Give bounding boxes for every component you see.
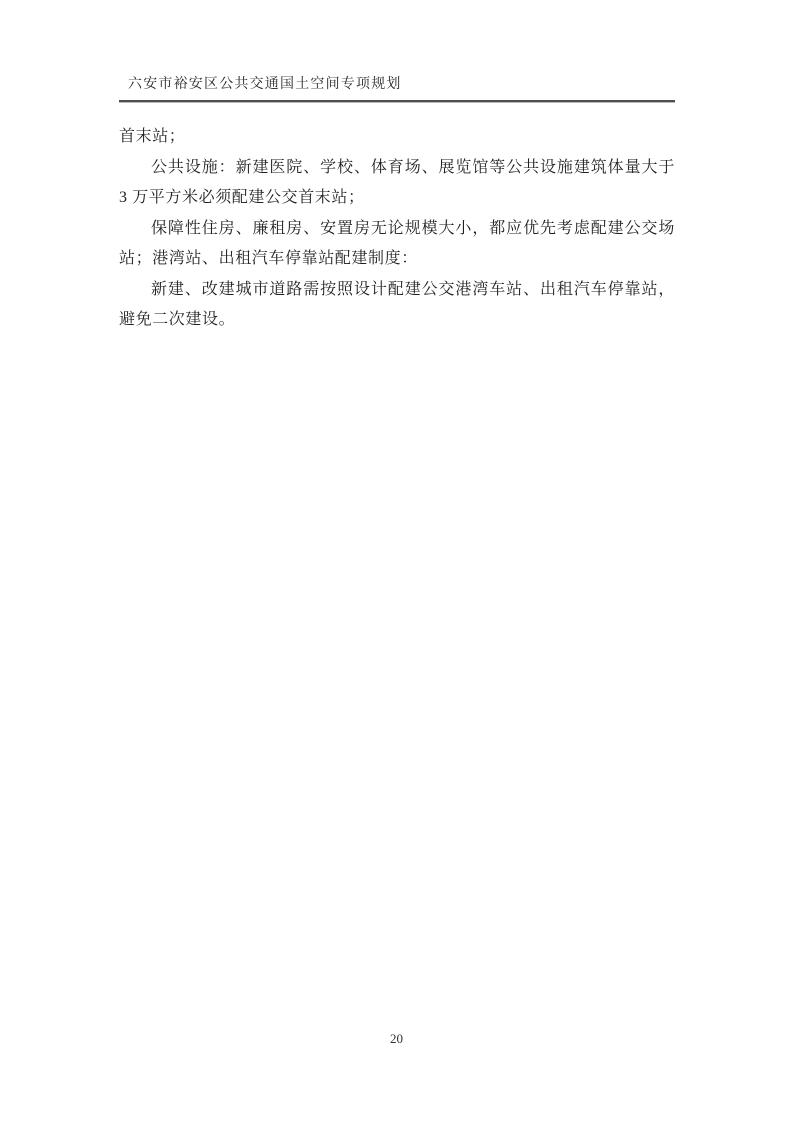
body-paragraph: 首末站； bbox=[119, 122, 675, 153]
page-footer: 20 bbox=[0, 1031, 793, 1046]
body-paragraph: 公共设施：新建医院、学校、体育场、展览馆等公共设施建筑体量大于 3 万平方米必须… bbox=[119, 153, 675, 214]
page-header: 六安市裕安区公共交通国土空间专项规划 bbox=[119, 75, 675, 103]
page-number: 20 bbox=[390, 1031, 403, 1046]
header-title: 六安市裕安区公共交通国土空间专项规划 bbox=[119, 75, 675, 95]
document-page: 六安市裕安区公共交通国土空间专项规划 首末站； 公共设施：新建医院、学校、体育场… bbox=[0, 0, 793, 1122]
header-divider bbox=[119, 100, 675, 103]
body-paragraph: 保障性住房、廉租房、安置房无论规模大小，都应优先考虑配建公交场站；港湾站、出租汽… bbox=[119, 214, 675, 275]
document-body: 首末站； 公共设施：新建医院、学校、体育场、展览馆等公共设施建筑体量大于 3 万… bbox=[119, 122, 675, 336]
body-paragraph: 新建、改建城市道路需按照设计配建公交港湾车站、出租汽车停靠站，避免二次建设。 bbox=[119, 275, 675, 336]
